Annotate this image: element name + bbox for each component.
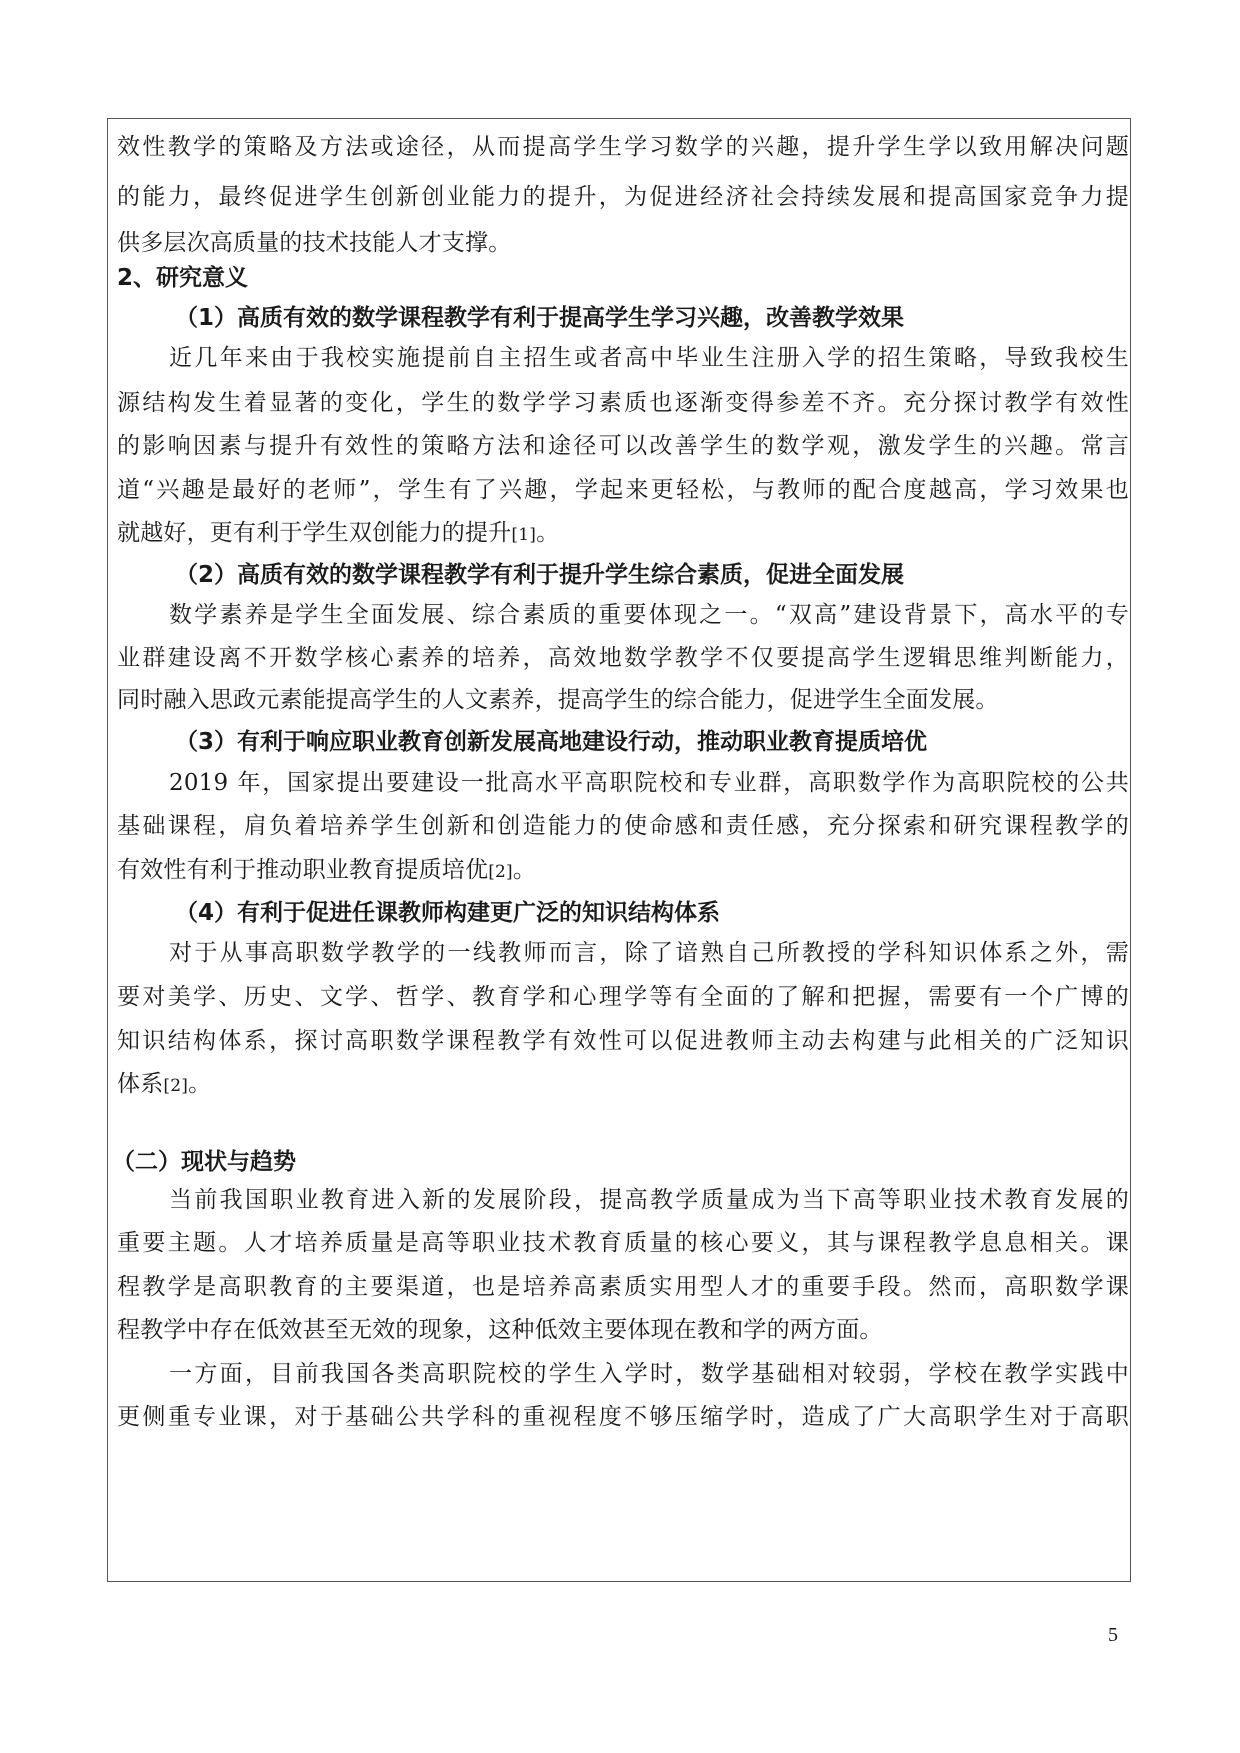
body-text-line: 的影响因素与提升有效性的策略方法和途径可以改善学生的数学观，激发学生的兴趣。常言 — [117, 431, 1129, 461]
subsection-heading: （2）高质有效的数学课程教学有利于提升学生综合素质，促进全面发展 — [175, 560, 1129, 590]
body-text-line: 体系[2]。 — [117, 1069, 1129, 1101]
punctuation: 。 — [536, 520, 559, 546]
body-text-line: 一方面，目前我国各类高职院校的学生入学时，数学基础相对较弱，学校在教学实践中 — [169, 1359, 1129, 1389]
body-text-line: 有效性有利于推动职业教育提质培优[2]。 — [117, 855, 1129, 887]
body-text-line: 程教学是高职教育的主要渠道，也是培养高素质实用型人才的重要手段。然而，高职数学课 — [117, 1272, 1129, 1302]
body-text-line: 同时融入思政元素能提高学生的人文素养，提高学生的综合能力，促进学生全面发展。 — [117, 685, 1129, 715]
citation-ref: [2] — [163, 1076, 188, 1096]
subsection-heading: （3）有利于响应职业教育创新发展高地建设行动，推动职业教育提质培优 — [175, 727, 1129, 757]
body-text-line: 供多层次高质量的技术技能人才支撑。 — [117, 228, 1129, 258]
section-title: 2、研究意义 — [117, 263, 1129, 293]
page-number: 5 — [1108, 1624, 1118, 1647]
citation-ref: [2] — [488, 862, 513, 882]
body-text-line: 程教学中存在低效甚至无效的现象，这种低效主要体现在教和学的两方面。 — [117, 1315, 1129, 1345]
body-text: 就越好，更有利于学生双创能力的提升 — [117, 520, 511, 546]
body-text-line: 当前我国职业教育进入新的发展阶段，提高教学质量成为当下高等职业技术教育发展的 — [169, 1185, 1129, 1215]
subsection-heading: （1）高质有效的数学课程教学有利于提高学生学习兴趣，改善教学效果 — [175, 303, 1129, 333]
body-text-line: 更侧重专业课，对于基础公共学科的重视程度不够压缩学时，造成了广大高职学生对于高职 — [117, 1402, 1129, 1432]
body-text-line: 的能力，最终促进学生创新创业能力的提升，为促进经济社会持续发展和提高国家竞争力提 — [117, 182, 1129, 212]
body-text-line: 近几年来由于我校实施提前自主招生或者高中毕业生注册入学的招生策略，导致我校生 — [169, 343, 1129, 373]
body-text-line: 业群建设离不开数学核心素养的培养，高效地数学教学不仅要提高学生逻辑思维判断能力， — [117, 643, 1129, 673]
subsection-heading: （4）有利于促进任课教师构建更广泛的知识结构体系 — [175, 898, 1129, 928]
body-text-line: 2019 年，国家提出要建设一批高水平高职院校和专业群，高职数学作为高职院校的公… — [169, 768, 1129, 798]
body-text-line: 要对美学、历史、文学、哲学、教育学和心理学等有全面的了解和把握，需要有一个广博的 — [117, 982, 1129, 1012]
punctuation: 。 — [188, 1071, 211, 1097]
section-title: （二）现状与趋势 — [112, 1147, 1124, 1177]
body-text-line: 源结构发生着显著的变化，学生的数学学习素质也逐渐变得参差不齐。充分探讨教学有效性 — [117, 388, 1129, 418]
body-text: 体系 — [117, 1071, 163, 1097]
body-text-line: 道“兴趣是最好的老师”，学生有了兴趣，学起来更轻松，与教师的配合度越高，学习效果… — [117, 475, 1129, 505]
punctuation: 。 — [513, 857, 536, 883]
body-text-line: 知识结构体系，探讨高职数学课程教学有效性可以促进教师主动去构建与此相关的广泛知识 — [117, 1026, 1129, 1056]
body-text-line: 对于从事高职数学教学的一线教师而言，除了谙熟自己所教授的学科知识体系之外，需 — [169, 938, 1129, 968]
body-text-line: 基础课程，肩负着培养学生创新和创造能力的使命感和责任感，充分探索和研究课程教学的 — [117, 811, 1129, 841]
body-text: 有效性有利于推动职业教育提质培优 — [117, 857, 488, 883]
citation-ref: [1] — [511, 525, 536, 545]
body-text-line: 数学素养是学生全面发展、综合素质的重要体现之一。“双高”建设背景下，高水平的专 — [169, 600, 1129, 630]
body-text-line: 效性教学的策略及方法或途径，从而提高学生学习数学的兴趣，提升学生学以致用解决问题 — [117, 132, 1129, 162]
body-text-line: 就越好，更有利于学生双创能力的提升[1]。 — [117, 518, 1129, 550]
body-text-line: 重要主题。人才培养质量是高等职业技术教育质量的核心要义，其与课程教学息息相关。课 — [117, 1228, 1129, 1258]
